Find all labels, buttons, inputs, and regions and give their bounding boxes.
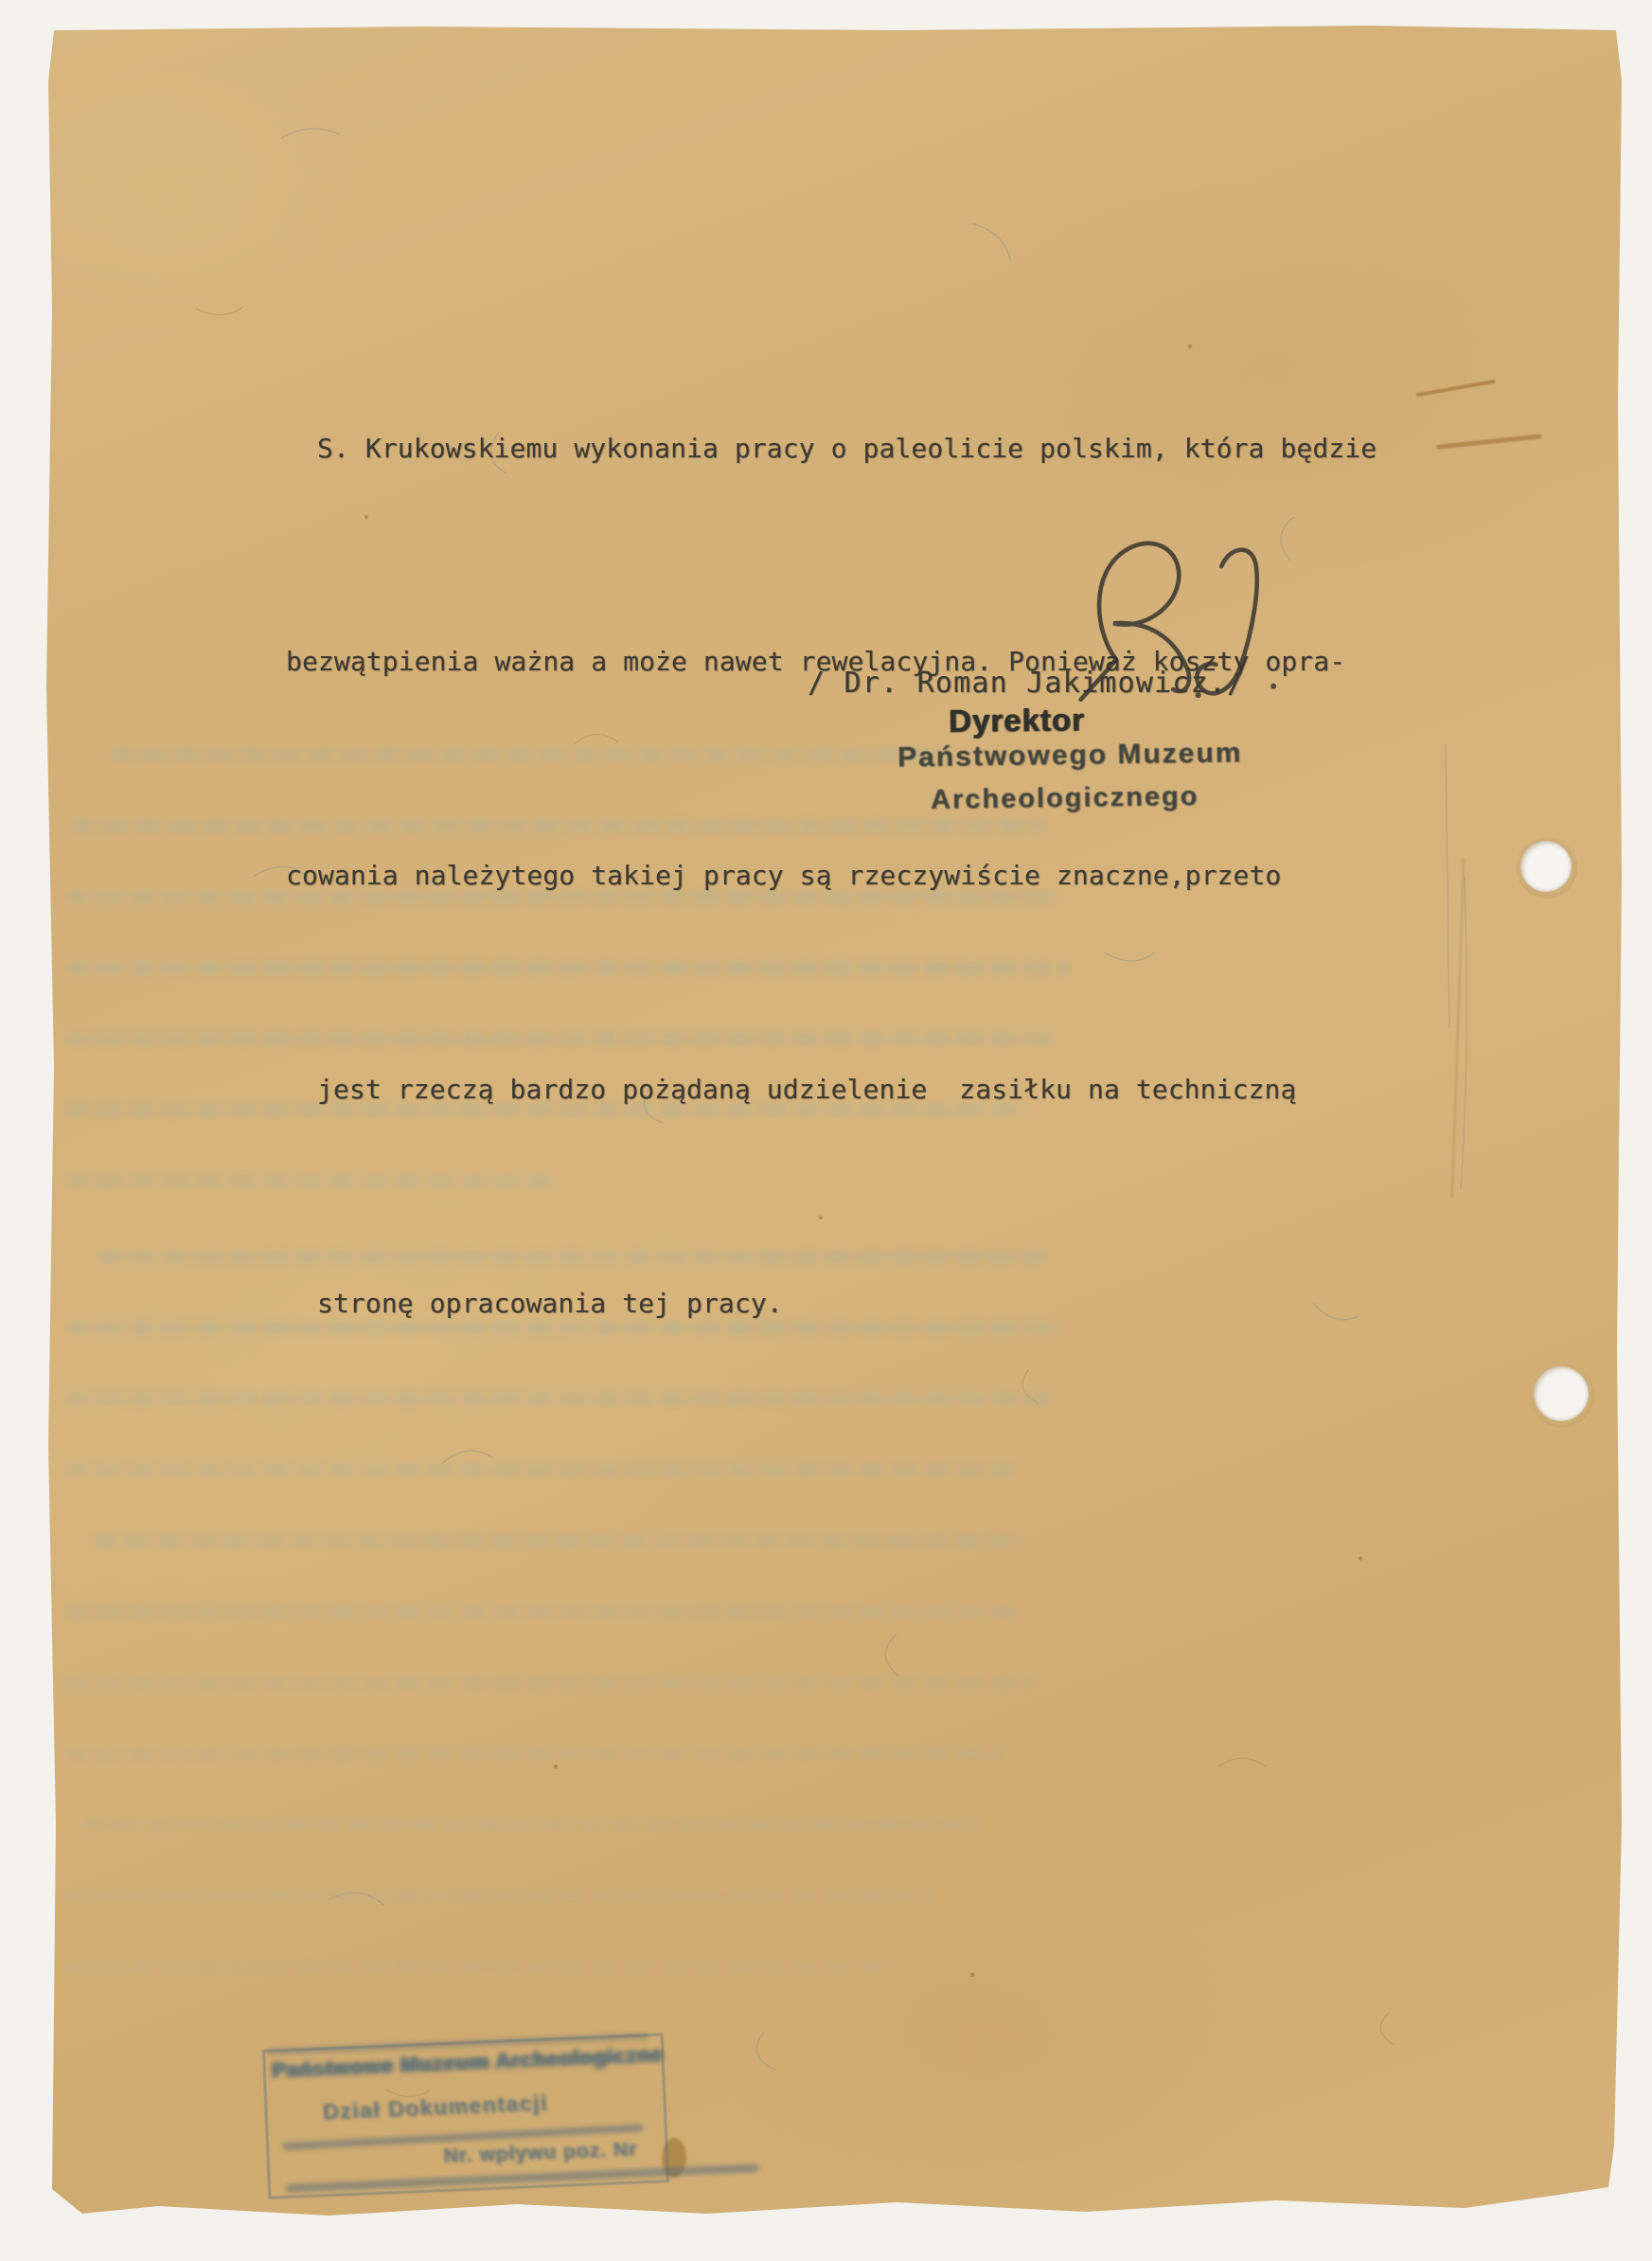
body-line: stronę opracowania tej pracy. bbox=[286, 1268, 1377, 1339]
stamp-director-title: Dyrektor bbox=[949, 702, 1085, 739]
typed-signature: / Dr. Roman Jakimowicz./ bbox=[808, 667, 1245, 700]
scanned-document-page: S. Krukowskiemu wykonania pracy o paleol… bbox=[0, 0, 1652, 2261]
body-line: jest rzeczą bardzo pożądaną udzielenie z… bbox=[286, 1054, 1377, 1125]
body-line: cowania należytego takiej pracy są rzecz… bbox=[286, 840, 1377, 911]
body-line: S. Krukowskiemu wykonania pracy o paleol… bbox=[286, 413, 1377, 484]
rust-streak bbox=[1415, 380, 1495, 398]
bleedthrough-line bbox=[95, 1534, 1022, 1548]
punch-hole bbox=[1534, 1366, 1589, 1421]
rust-streak bbox=[1436, 434, 1542, 450]
scratch-mark bbox=[1451, 858, 1465, 1199]
bleedthrough-line bbox=[66, 1605, 1024, 1619]
punch-hole bbox=[1520, 841, 1572, 892]
bleedthrough-line bbox=[66, 1960, 899, 1974]
bleedthrough-line bbox=[83, 1818, 983, 1832]
stamp-org-line1: Państwowego Muzeum bbox=[897, 737, 1243, 774]
bleedthrough-line bbox=[66, 1747, 1004, 1761]
bleedthrough-line bbox=[66, 1889, 937, 1903]
archive-stamp-line2: Dział Dokumentacji bbox=[322, 2090, 548, 2125]
bleedthrough-line bbox=[66, 1676, 1037, 1690]
stamp-org-line2: Archeologicznego bbox=[931, 781, 1199, 816]
letter-body: S. Krukowskiemu wykonania pracy o paleol… bbox=[286, 270, 1377, 1482]
